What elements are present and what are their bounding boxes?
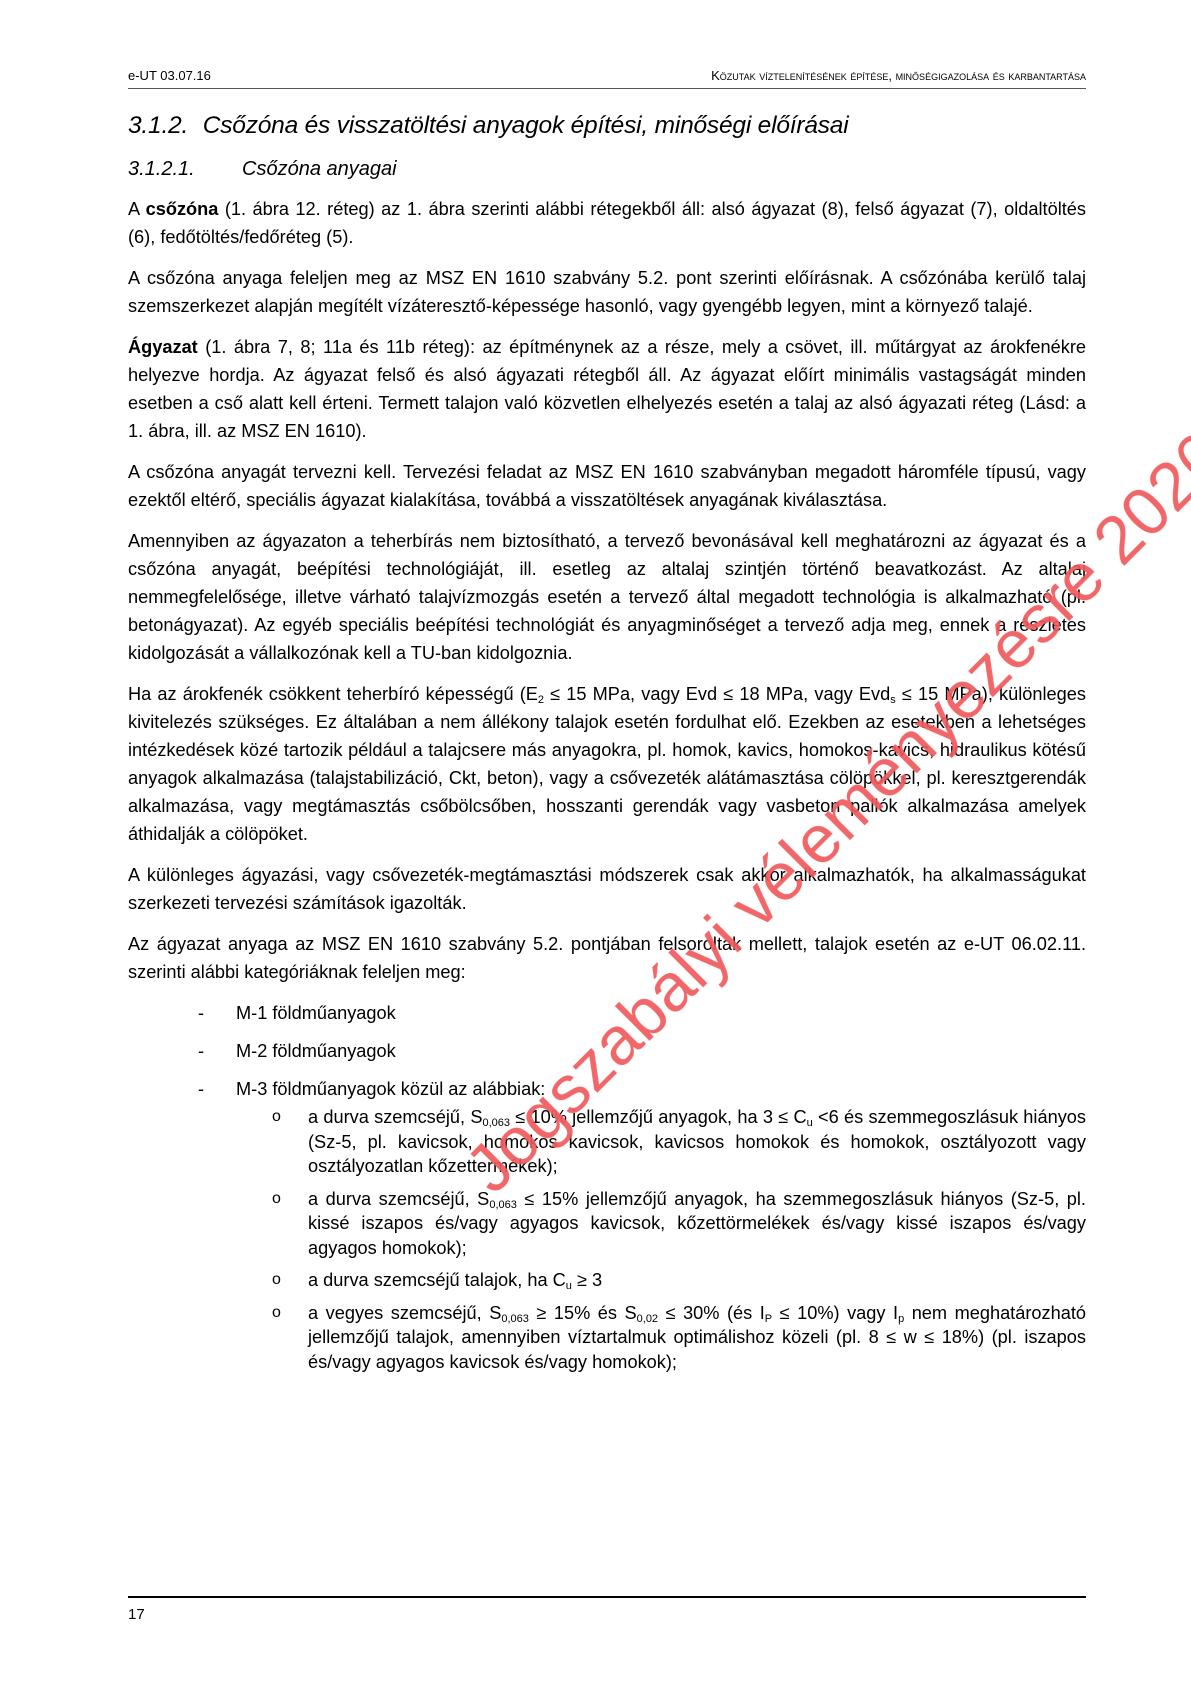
- sublist-item: o a durva szemcséjű talajok, ha Cu ≥ 3: [128, 1268, 1086, 1293]
- page-footer: 17: [128, 1596, 1086, 1623]
- paragraph-csozona-anyaga: A csőzóna anyaga feleljen meg az MSZ EN …: [128, 264, 1086, 320]
- dash-bullet: -: [198, 999, 204, 1027]
- circle-bullet: o: [272, 1187, 281, 1212]
- subsection-heading: 3.1.2.1.Csőzóna anyagai: [128, 158, 1086, 181]
- document-code: e-UT 03.07.16: [128, 68, 211, 83]
- section-title: Csőzóna és visszatöltési anyagok építési…: [203, 112, 849, 139]
- document-page: e-UT 03.07.16 Közutak víztelenítésének é…: [0, 0, 1191, 1684]
- paragraph-teherbiras: Amennyiben az ágyazaton a teherbírás nem…: [128, 527, 1086, 667]
- list-item: -M-1 földműanyagok: [128, 999, 1086, 1027]
- subsection-title: Csőzóna anyagai: [242, 158, 397, 180]
- term-csozona: csőzóna: [146, 199, 219, 219]
- paragraph-agyazat-anyaga: Az ágyazat anyaga az MSZ EN 1610 szabván…: [128, 930, 1086, 986]
- sublist-item: o a vegyes szemcséjű, S0,063 ≥ 15% és S0…: [128, 1301, 1086, 1375]
- dash-bullet: -: [198, 1075, 204, 1103]
- paragraph-csozona: A csőzóna (1. ábra 12. réteg) az 1. ábra…: [128, 195, 1086, 251]
- page-header: e-UT 03.07.16 Közutak víztelenítésének é…: [128, 66, 1086, 89]
- sublist-item: o a durva szemcséjű, S0,063 ≤ 10% jellem…: [128, 1105, 1086, 1179]
- document-running-title: Közutak víztelenítésének építése, minősé…: [711, 68, 1086, 83]
- list-item: -M-2 földműanyagok: [128, 1037, 1086, 1065]
- list-item: -M-3 földműanyagok közül az alábbiak: o …: [128, 1075, 1086, 1374]
- category-list: -M-1 földműanyagok -M-2 földműanyagok -M…: [128, 999, 1086, 1374]
- subsection-number: 3.1.2.1.: [128, 158, 242, 181]
- circle-bullet: o: [272, 1105, 281, 1130]
- page-content: 3.1.2. Csőzóna és visszatöltési anyagok …: [128, 112, 1086, 1384]
- paragraph-kulonleges-agyazas: A különleges ágyazási, vagy csővezeték-m…: [128, 861, 1086, 917]
- paragraph-tervezes: A csőzóna anyagát tervezni kell. Tervezé…: [128, 458, 1086, 514]
- sublist-item: o a durva szemcséjű, S0,063 ≤ 15% jellem…: [128, 1187, 1086, 1261]
- circle-bullet: o: [272, 1301, 281, 1326]
- section-number: 3.1.2.: [128, 112, 188, 139]
- dash-bullet: -: [198, 1037, 204, 1065]
- circle-bullet: o: [272, 1268, 281, 1293]
- section-heading: 3.1.2. Csőzóna és visszatöltési anyagok …: [128, 112, 1086, 140]
- paragraph-arokfenek: Ha az árokfenék csökkent teherbíró képes…: [128, 680, 1086, 848]
- term-agyazat: Ágyazat: [128, 337, 198, 357]
- paragraph-agyazat: Ágyazat (1. ábra 7, 8; 11a és 11b réteg)…: [128, 333, 1086, 445]
- m3-sublist: o a durva szemcséjű, S0,063 ≤ 10% jellem…: [236, 1105, 1086, 1374]
- page-number: 17: [128, 1606, 145, 1623]
